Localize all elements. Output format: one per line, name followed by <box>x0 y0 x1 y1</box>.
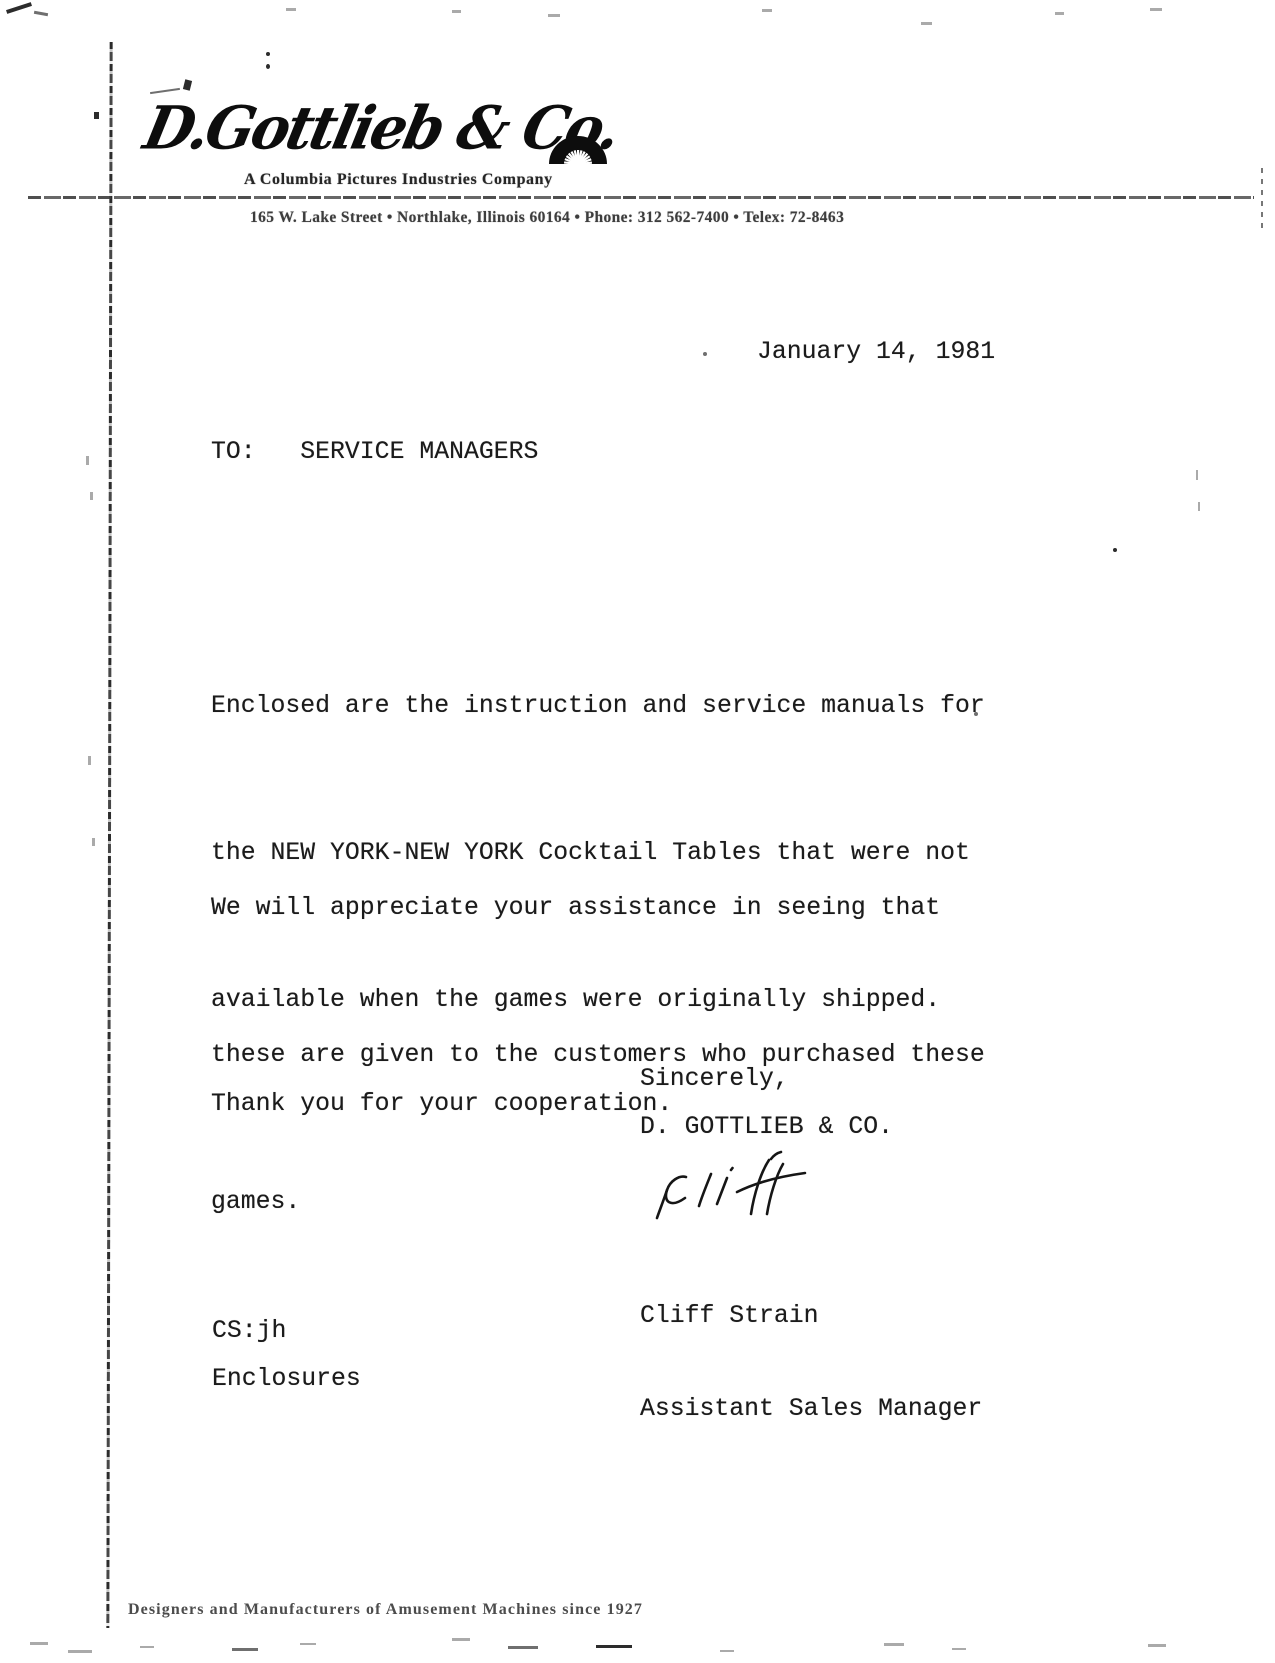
scan-noise <box>596 1645 632 1648</box>
scan-noise <box>30 1642 48 1645</box>
scan-noise <box>703 352 707 356</box>
scan-noise <box>548 14 560 17</box>
scan-noise <box>952 1648 966 1650</box>
scan-noise <box>508 1646 538 1649</box>
letter-date: January 14, 1981 <box>757 340 995 365</box>
scan-noise <box>34 11 48 16</box>
signer-title: Assistant Sales Manager <box>640 1394 982 1425</box>
scan-noise <box>884 1643 904 1646</box>
scanned-letter-page: D.Gottlieb & Co. <box>0 0 1275 1663</box>
body-line: Enclosed are the instruction and service… <box>211 682 985 731</box>
scan-noise <box>68 1650 92 1653</box>
scan-noise <box>286 8 296 11</box>
company-tagline: A Columbia Pictures Industries Company <box>244 171 553 189</box>
footer-tagline: Designers and Manufacturers of Amusement… <box>128 1601 643 1619</box>
scan-noise <box>762 9 772 12</box>
scan-noise <box>94 112 99 119</box>
letterhead-rule <box>28 196 1254 199</box>
scan-dotted-artifact <box>1261 168 1263 234</box>
signer-block: Cliff Strain Assistant Sales Manager <box>640 1239 982 1487</box>
company-address-line: 165 W. Lake Street • Northlake, Illinois… <box>250 209 844 227</box>
closing-company-name: D. GOTTLIEB & CO. <box>640 1115 893 1140</box>
body-line: Thank you for your cooperation. <box>211 1080 672 1129</box>
scan-noise <box>1150 8 1162 11</box>
scan-noise <box>1055 12 1064 15</box>
letter-to-line: TO: SERVICE MANAGERS <box>211 440 538 465</box>
scan-noise <box>92 838 95 846</box>
scan-noise <box>452 1638 470 1641</box>
scan-noise <box>88 756 91 765</box>
handwritten-signature <box>655 1150 815 1222</box>
scan-noise <box>1198 502 1200 511</box>
scan-noise <box>1113 548 1117 552</box>
scan-noise <box>1196 470 1198 480</box>
sunburst-icon <box>549 136 607 164</box>
scan-noise <box>140 1646 154 1648</box>
paragraph-3: Thank you for your cooperation. <box>211 982 672 1227</box>
scan-noise <box>86 456 89 465</box>
scan-noise <box>1148 1644 1166 1647</box>
scan-edge-line <box>106 42 112 1628</box>
scan-noise <box>452 10 461 13</box>
reference-initials: CS:jh <box>212 1319 286 1344</box>
enclosures-note: Enclosures <box>212 1367 361 1392</box>
closing-salutation: Sincerely, <box>640 1067 789 1092</box>
scan-noise <box>90 492 93 500</box>
body-line: We will appreciate your assistance in se… <box>211 884 985 933</box>
scan-noise <box>720 1650 734 1652</box>
scan-noise <box>183 79 192 90</box>
scan-noise <box>232 1648 258 1651</box>
signer-name: Cliff Strain <box>640 1301 982 1332</box>
scan-noise <box>266 52 270 56</box>
scan-noise <box>300 1643 316 1645</box>
scan-noise <box>266 64 270 69</box>
company-logo-script: D.Gottlieb & Co. <box>138 93 573 163</box>
scan-noise <box>921 22 932 25</box>
scan-noise <box>6 2 32 14</box>
